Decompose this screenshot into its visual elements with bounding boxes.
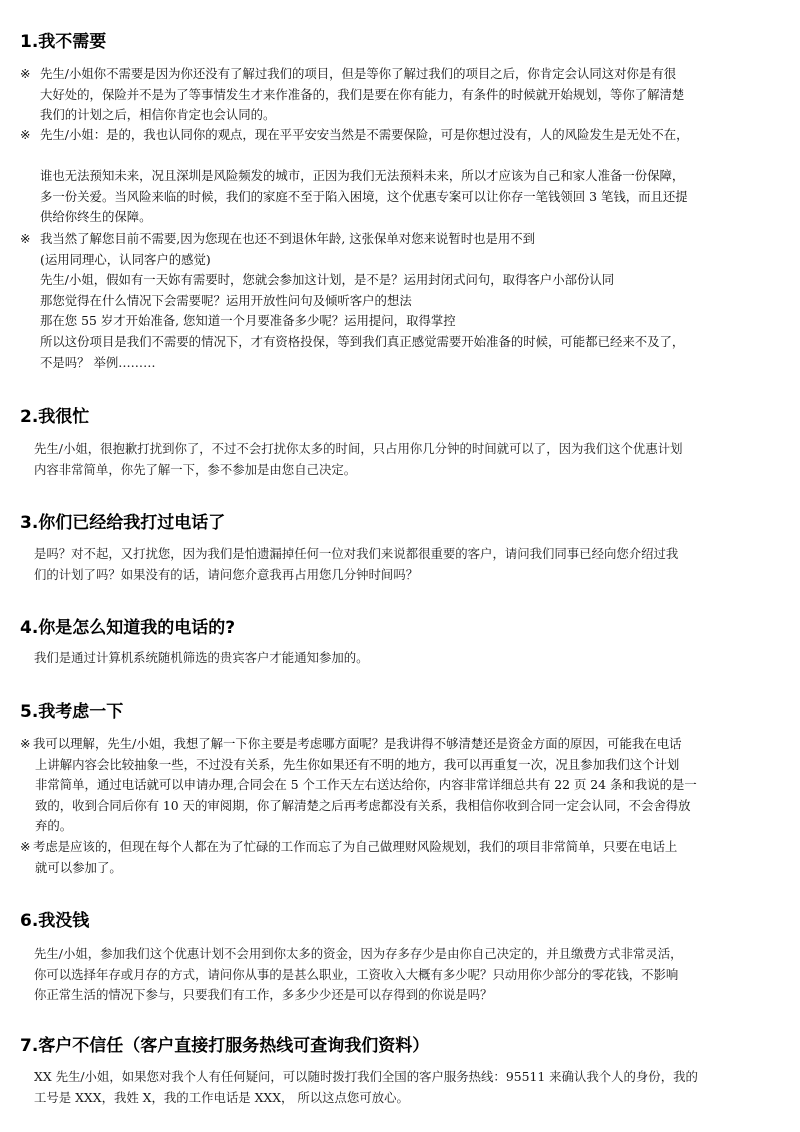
text-line: 上讲解内容会比较抽象一些，不过没有关系，先生你如果还有不明的地方，我可以再重复一… (33, 755, 788, 776)
text-line: 你可以选择年存或月存的方式，请问你从事的是甚么职业，工资收入大概有多少呢？只动用… (34, 965, 784, 986)
text-line: 先生/小姐，很抱歉打扰到你了，不过不会打扰你太多的时间，只占用你几分钟的时间就可… (34, 439, 784, 460)
bullet-text: 考虑是应该的，但现在每个人都在为了忙碌的工作而忘了为自己做理财风险规划，我们的项… (33, 837, 788, 878)
text-line: 我们的计划之后，相信你肯定也会认同的。 (40, 105, 795, 126)
blank-line (40, 146, 795, 167)
text-line: 那在您 55 岁才开始准备, 您知道一个月要准备多少呢？运用提问，取得掌控 (40, 311, 795, 332)
text-line: 所以这份项目是我们不需要的情况下，才有资格投保，等到我们真正感觉需要开始准备的时… (40, 332, 795, 353)
text-line: 考虑是应该的，但现在每个人都在为了忙碌的工作而忘了为自己做理财风险规划，我们的项… (33, 837, 788, 858)
bullet-text: 我可以理解，先生/小姐，我想了解一下你主要是考虑哪方面呢？是我讲得不够清楚还是资… (33, 734, 788, 837)
text-line: 非常简单，通过电话就可以申请办理,合同会在 5 个工作天左右送达给你，内容非常详… (33, 775, 788, 796)
text-line: 那您觉得在什么情况下会需要呢？运用开放性问句及倾听客户的想法 (40, 291, 795, 312)
text-line: 致的，收到合同后你有 10 天的审阅期，你了解清楚之后再考虑都没有关系，我相信你… (33, 796, 788, 817)
text-line: 我们是通过计算机系统随机筛选的贵宾客户才能通知参加的。 (34, 648, 784, 669)
text-line: 弃的。 (33, 816, 788, 837)
bullet-text: 我当然了解您目前不需要,因为您现在也还不到退休年龄, 这张保单对您来说暂时也是用… (40, 229, 795, 373)
text-line: 工号是 XXX，我姓 X，我的工作电话是 XXX， 所以这点您可放心。 (34, 1088, 784, 1109)
text-line: 先生/小姐，参加我们这个优惠计划不会用到你太多的资金，因为存多存少是由你自己决定… (34, 944, 784, 965)
section-paragraph: 先生/小姐，很抱歉打扰到你了，不过不会打扰你太多的时间，只占用你几分钟的时间就可… (34, 439, 784, 480)
reference-mark-icon: ※ (20, 64, 30, 85)
section-heading: 1.我不需要 (20, 31, 106, 53)
text-line: 先生/小姐：是的，我也认同你的观点，现在平平安安当然是不需要保险，可是你想过没有… (40, 125, 795, 146)
text-line: XX 先生/小姐，如果您对我个人有任何疑问，可以随时拨打我们全国的客户服务热线：… (34, 1067, 784, 1088)
text-line: 先生/小姐你不需要是因为你还没有了解过我们的项目，但是等你了解过我们的项目之后，… (40, 64, 795, 85)
section-heading: 2.我很忙 (20, 406, 89, 428)
text-line: 就可以参加了。 (33, 858, 788, 879)
section-paragraph: 我们是通过计算机系统随机筛选的贵宾客户才能通知参加的。 (34, 648, 784, 669)
text-line: 你正常生活的情况下参与，只要我们有工作，多多少少还是可以存得到的你说是吗？ (34, 985, 784, 1006)
text-line: 我可以理解，先生/小姐，我想了解一下你主要是考虑哪方面呢？是我讲得不够清楚还是资… (33, 734, 788, 755)
section-heading: 6.我没钱 (20, 910, 89, 932)
section-heading: 3.你们已经给我打过电话了 (20, 512, 225, 534)
section-paragraph: XX 先生/小姐，如果您对我个人有任何疑问，可以随时拨打我们全国的客户服务热线：… (34, 1067, 784, 1108)
text-line: 大好处的，保险并不是为了等事情发生才来作准备的，我们是要在你有能力，有条件的时候… (40, 85, 795, 106)
text-line: 内容非常简单，你先了解一下，参不参加是由您自己决定。 (34, 460, 784, 481)
text-line: 先生/小姐，假如有一天妳有需要时，您就会参加这计划，是不是？运用封闭式问句，取得… (40, 270, 795, 291)
section-paragraph: 是吗？对不起，又打扰您，因为我们是怕遗漏掉任何一位对我们来说都很重要的客户，请问… (34, 544, 784, 585)
section-heading: 7.客户不信任（客户直接打服务热线可查询我们资料） (20, 1035, 429, 1057)
reference-mark-icon: ※ (20, 229, 30, 250)
section-heading: 5.我考虑一下 (20, 701, 123, 723)
section-heading: 4.你是怎么知道我的电话的? (20, 617, 235, 639)
reference-mark-icon: ※ (20, 734, 30, 755)
text-line: 不是吗？ 举例……… (40, 353, 795, 374)
section-paragraph: 先生/小姐，参加我们这个优惠计划不会用到你太多的资金，因为存多存少是由你自己决定… (34, 944, 784, 1006)
text-line: 供给你终生的保障。 (40, 207, 795, 228)
text-line: 们的计划了吗？如果没有的话，请问您介意我再占用您几分钟时间吗？ (34, 565, 784, 586)
text-line: 是吗？对不起，又打扰您，因为我们是怕遗漏掉任何一位对我们来说都很重要的客户，请问… (34, 544, 784, 565)
reference-mark-icon: ※ (20, 837, 30, 858)
bullet-text: 先生/小姐：是的，我也认同你的观点，现在平平安安当然是不需要保险，可是你想过没有… (40, 125, 795, 228)
reference-mark-icon: ※ (20, 125, 30, 146)
text-line: 多一份关爱。当风险来临的时候，我们的家庭不至于陷入困境，这个优惠专案可以让你存一… (40, 187, 795, 208)
text-line: 我当然了解您目前不需要,因为您现在也还不到退休年龄, 这张保单对您来说暂时也是用… (40, 229, 795, 250)
document-page: 1.我不需要 ※ 先生/小姐你不需要是因为你还没有了解过我们的项目，但是等你了解… (0, 0, 800, 1132)
bullet-text: 先生/小姐你不需要是因为你还没有了解过我们的项目，但是等你了解过我们的项目之后，… (40, 64, 795, 126)
text-line: (运用同理心，认同客户的感觉) (40, 250, 795, 271)
text-line: 谁也无法预知未来，况且深圳是风险频发的城市，正因为我们无法预料未来，所以才应该为… (40, 166, 795, 187)
